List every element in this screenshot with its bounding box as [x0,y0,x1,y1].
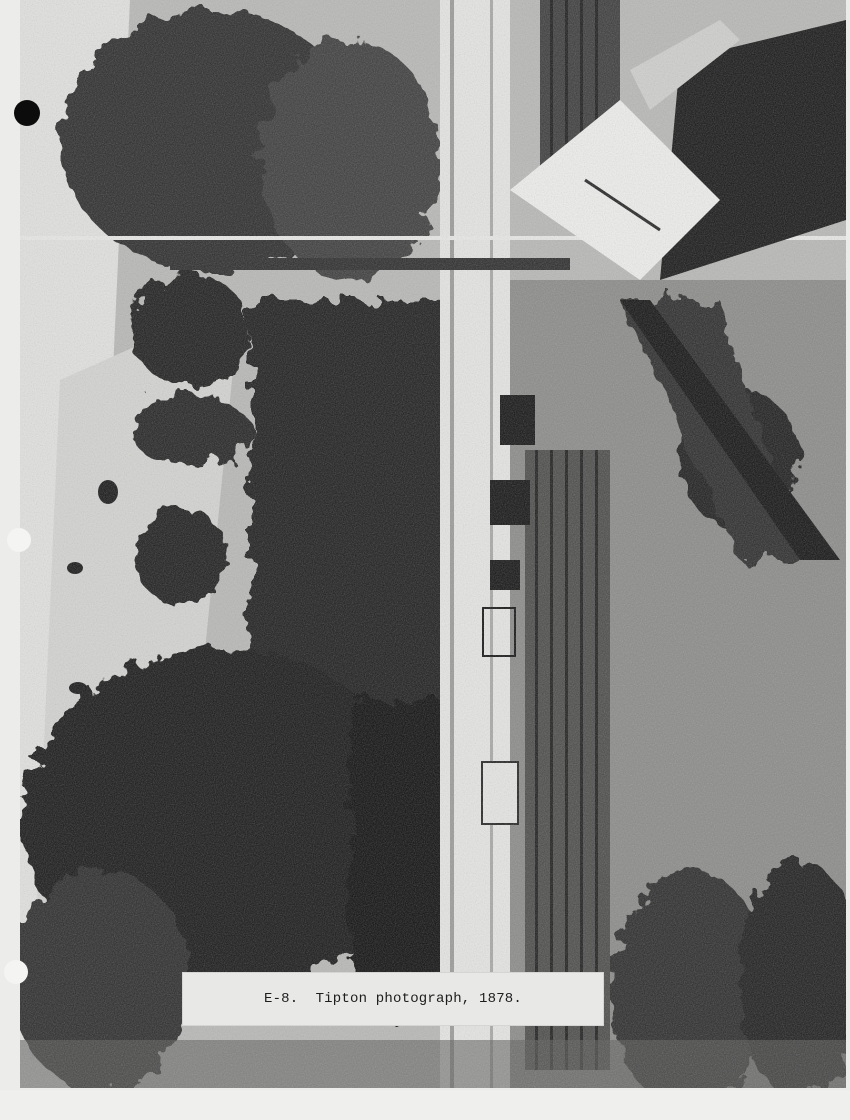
punch-hole [7,528,31,552]
historic-photograph [20,0,846,1088]
punch-hole [14,100,40,126]
page-bottom-margin [0,1090,850,1120]
figure-caption-label: E-8. Tipton photograph, 1878. [183,973,603,1025]
punch-hole [4,960,28,984]
document-page: E-8. Tipton photograph, 1878. [0,0,850,1120]
figure-caption: E-8. Tipton photograph, 1878. [264,991,522,1007]
